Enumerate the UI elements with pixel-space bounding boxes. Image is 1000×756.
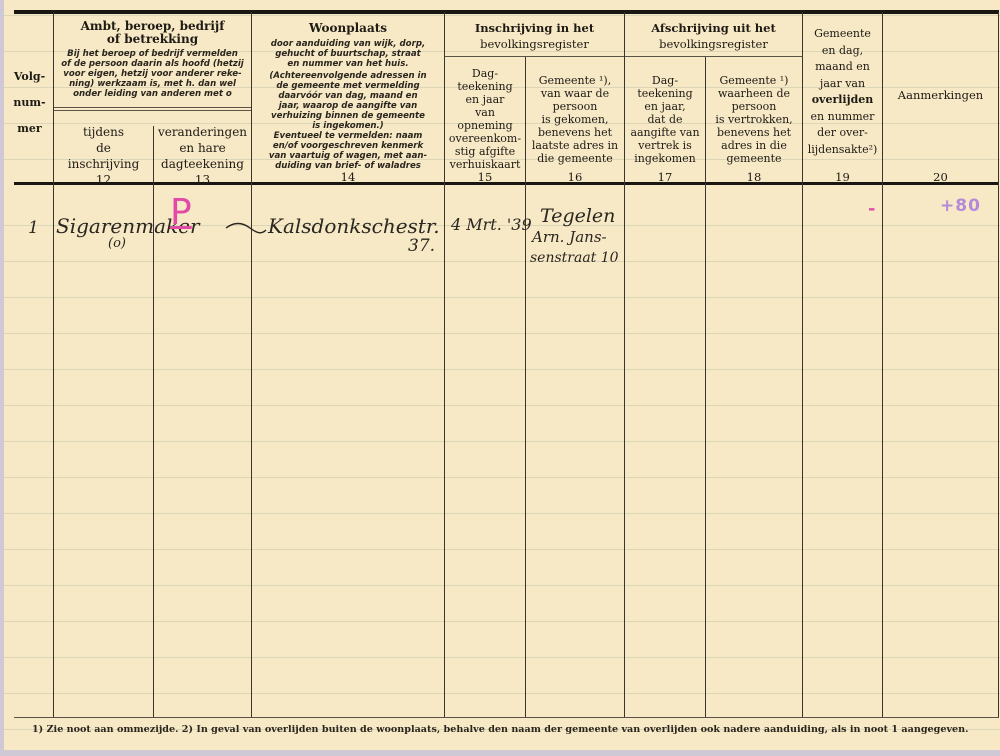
header-note: voor eigen, hetzij voor anderer reke- bbox=[54, 69, 251, 79]
header-note: gehucht of buurtschap, straat bbox=[252, 49, 444, 59]
header-text: persoon bbox=[526, 100, 624, 113]
column-number: 18 bbox=[706, 170, 802, 184]
header-title: Inschrijving in het bbox=[445, 20, 624, 36]
header-text: dat de bbox=[625, 113, 705, 126]
header-col-17: Dag- teekening en jaar, dat de aangifte … bbox=[625, 74, 705, 165]
header-text: gemeente bbox=[706, 152, 802, 165]
header-note: en nummer van het huis. bbox=[252, 59, 444, 69]
header-note: verhuizing binnen de gemeente bbox=[252, 111, 444, 121]
header-text: inschrijving bbox=[54, 156, 153, 172]
header-text: en hare bbox=[154, 140, 251, 156]
header-text: jaar van bbox=[803, 76, 882, 93]
header-col-16: Gemeente ¹), van waar de persoon is geko… bbox=[526, 74, 624, 165]
header-text: en nummer bbox=[803, 109, 882, 126]
header-text: der over- bbox=[803, 125, 882, 142]
subheader-rule bbox=[625, 56, 802, 57]
header-text: Dag- bbox=[445, 67, 525, 80]
header-text: num- bbox=[6, 90, 53, 116]
header-text: maand en bbox=[803, 59, 882, 76]
header-text: opneming bbox=[445, 119, 525, 132]
header-text: benevens het bbox=[526, 126, 624, 139]
header-note: of de persoon daarin als hoofd (hetzij bbox=[54, 59, 251, 69]
bottom-rule bbox=[14, 717, 999, 718]
header-note: is ingekomen.) bbox=[252, 121, 444, 131]
header-note: Bij het beroep of bedrijf vermelden bbox=[54, 49, 251, 59]
header-text: van waar de bbox=[526, 87, 624, 100]
header-note: van vaartuig of wagen, met aan- bbox=[252, 151, 444, 161]
header-text: dagteekening bbox=[154, 156, 251, 172]
column-number: 14 bbox=[252, 170, 444, 184]
column-divider bbox=[998, 12, 999, 717]
entry-overlijden-mark: - bbox=[868, 198, 875, 219]
header-note: door aanduiding van wijk, dorp, bbox=[252, 39, 444, 49]
subheader-rule bbox=[54, 107, 251, 108]
entry-beroep-note: (o) bbox=[108, 236, 126, 251]
header-title: bevolkingsregister bbox=[625, 36, 802, 52]
entry-datum-inschrijving: 4 Mrt. '39 bbox=[451, 215, 532, 234]
entry-straat: Arn. Jans- bbox=[532, 228, 607, 246]
header-text: teekening bbox=[625, 87, 705, 100]
footnote: 1) Zie noot aan ommezijde. 2) In geval v… bbox=[32, 724, 968, 735]
header-col-19: Gemeente en dag, maand en jaar van overl… bbox=[803, 26, 882, 158]
header-text: Volg- bbox=[6, 64, 53, 90]
column-divider bbox=[53, 12, 54, 717]
header-text: en jaar, bbox=[625, 100, 705, 113]
header-text: overlijden bbox=[803, 92, 882, 109]
top-rule bbox=[14, 10, 999, 14]
header-text: laatste adres in bbox=[526, 139, 624, 152]
header-note: en/of voorgeschreven kenmerk bbox=[252, 141, 444, 151]
header-text: de bbox=[54, 140, 153, 156]
header-text: aangifte van bbox=[625, 126, 705, 139]
header-col-15: Dag- teekening en jaar van opneming over… bbox=[445, 67, 525, 171]
header-inschrijving: Inschrijving in het bevolkingsregister bbox=[445, 20, 624, 52]
column-number: 12 bbox=[54, 172, 153, 188]
header-title: Woonplaats bbox=[252, 20, 444, 36]
header-text: adres in die bbox=[706, 139, 802, 152]
column-divider bbox=[882, 12, 883, 717]
header-afschrijving: Afschrijving uit het bevolkingsregister bbox=[625, 20, 802, 52]
header-col-18: Gemeente ¹) waarheen de persoon is vertr… bbox=[706, 74, 802, 165]
entry-gemeente: Tegelen bbox=[540, 205, 615, 227]
header-note: daarvóór van dag, maand en bbox=[252, 91, 444, 101]
header-note: onder leiding van anderen met o bbox=[54, 89, 251, 99]
header-note: jaar, waarop de aangifte van bbox=[252, 101, 444, 111]
column-number: 19 bbox=[803, 170, 882, 184]
header-note: ning) werkzaam is, met h. dan wel bbox=[54, 79, 251, 89]
header-note: (Achtereenvolgende adressen in bbox=[252, 71, 444, 81]
header-text: lijdensakte²) bbox=[803, 142, 882, 159]
header-text: is vertrokken, bbox=[706, 113, 802, 126]
subheader-rule bbox=[445, 56, 624, 57]
column-number: 20 bbox=[883, 170, 998, 184]
subheader-rule bbox=[54, 110, 251, 111]
entry-straat: senstraat 10 bbox=[530, 250, 619, 266]
header-note: Eventueel te vermelden: naam bbox=[252, 131, 444, 141]
column-number: 15 bbox=[445, 170, 525, 184]
header-text: overeenkom- bbox=[445, 132, 525, 145]
header-title: bevolkingsregister bbox=[445, 36, 624, 52]
header-text: Gemeente bbox=[803, 26, 882, 43]
column-number: 13 bbox=[154, 172, 251, 188]
header-text: persoon bbox=[706, 100, 802, 113]
header-text: Gemeente ¹) bbox=[706, 74, 802, 87]
entry-mark-p: P bbox=[170, 192, 192, 233]
register-sheet: Volg- num- mer Ambt, beroep, bedrijf of … bbox=[4, 0, 1000, 750]
header-text: stig afgifte bbox=[445, 145, 525, 158]
header-text: waarheen de bbox=[706, 87, 802, 100]
entry-volgnummer: 1 bbox=[28, 218, 39, 238]
column-number: 16 bbox=[526, 170, 624, 184]
header-col-14: Woonplaats door aanduiding van wijk, dor… bbox=[252, 20, 444, 171]
header-text: vertrek is bbox=[625, 139, 705, 152]
header-text: veranderingen bbox=[154, 124, 251, 140]
header-text: is gekomen, bbox=[526, 113, 624, 126]
header-text: benevens het bbox=[706, 126, 802, 139]
header-col-12: tijdens de inschrijving 12 bbox=[54, 124, 153, 188]
entry-stamp: +80 bbox=[940, 196, 981, 216]
header-volgnummer: Volg- num- mer bbox=[6, 64, 53, 142]
column-number: 17 bbox=[625, 170, 705, 184]
header-text: van bbox=[445, 106, 525, 119]
header-aanmerkingen: Aanmerkingen bbox=[883, 88, 998, 102]
header-note: de gemeente met vermelding bbox=[252, 81, 444, 91]
header-text: tijdens bbox=[54, 124, 153, 140]
header-text: Gemeente ¹), bbox=[526, 74, 624, 87]
dash-stroke-icon bbox=[224, 222, 268, 236]
header-text: ingekomen bbox=[625, 152, 705, 165]
header-text: mer bbox=[6, 116, 53, 142]
header-ambt: Ambt, beroep, bedrijf of betrekking Bij … bbox=[54, 20, 251, 99]
entry-huisnummer: 37. bbox=[408, 236, 435, 256]
header-text: en jaar bbox=[445, 93, 525, 106]
header-text: Dag- bbox=[625, 74, 705, 87]
header-text: en dag, bbox=[803, 43, 882, 60]
header-col-13: veranderingen en hare dagteekening 13 bbox=[154, 124, 251, 188]
header-text: teekening bbox=[445, 80, 525, 93]
header-title: of betrekking bbox=[54, 33, 251, 46]
entry-adres: Kalsdonkschestr. bbox=[268, 214, 440, 238]
header-text: die gemeente bbox=[526, 152, 624, 165]
header-title: Afschrijving uit het bbox=[625, 20, 802, 36]
